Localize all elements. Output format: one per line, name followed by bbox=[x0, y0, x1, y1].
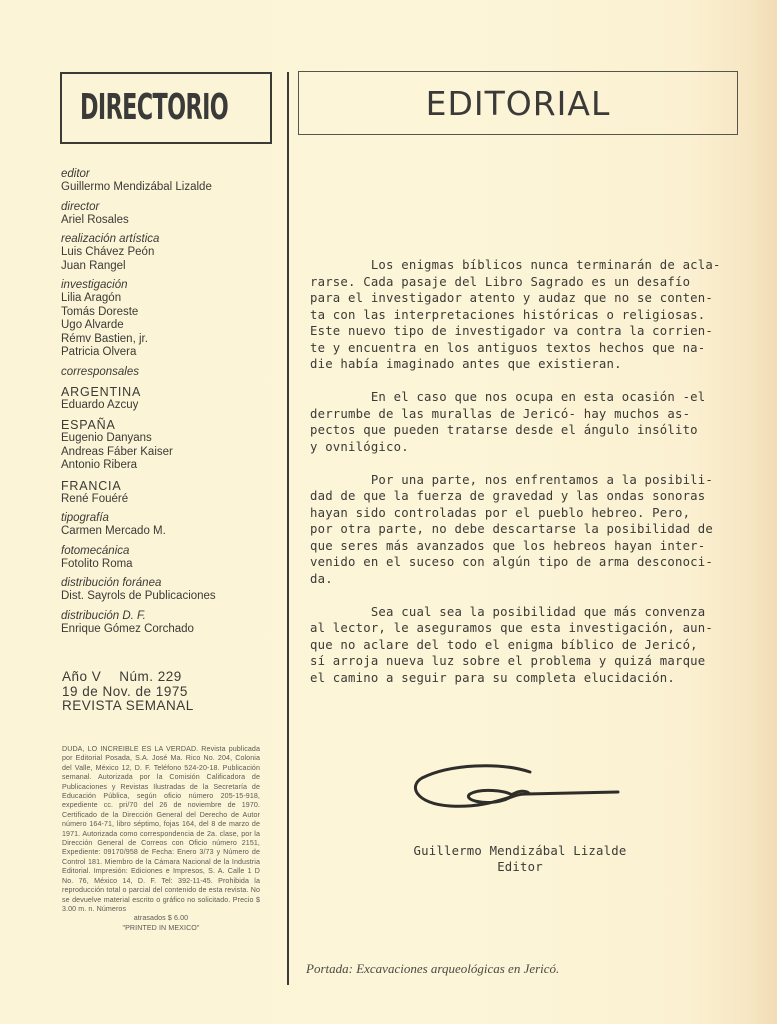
legal-notice: DUDA, LO INCREIBLE ES LA VERDAD. Revista… bbox=[62, 745, 260, 933]
signatory: Guillermo Mendizábal Lizalde Editor bbox=[400, 843, 640, 875]
directory-person: Antonio Ribera bbox=[61, 459, 286, 473]
directory-country: ESPAÑA bbox=[61, 418, 286, 432]
text-line: rarse. Cada pasaje del Libro Sagrado es … bbox=[310, 274, 750, 291]
directory-role: distribución D. F. bbox=[61, 610, 286, 623]
text-line: Por una parte, nos enfrentamos a la posi… bbox=[310, 472, 750, 489]
signatory-name: Guillermo Mendizábal Lizalde bbox=[400, 843, 640, 859]
text-line: al lector, le aseguramos que esta invest… bbox=[310, 620, 750, 637]
text-line: que seres más avanzados que los hebreos … bbox=[310, 538, 750, 555]
directory-group: fotomecánicaFotolito Roma bbox=[61, 545, 286, 572]
directory-group: directorAriel Rosales bbox=[61, 201, 286, 228]
directory-person: Ugo Alvarde bbox=[61, 319, 286, 333]
text-line: por otra parte, no debe descartarse la p… bbox=[310, 521, 750, 538]
directory-person: Fotolito Roma bbox=[61, 558, 286, 572]
directory-group: FRANCIARené Fouéré bbox=[61, 479, 286, 507]
directory-role: director bbox=[61, 201, 286, 214]
text-line: y ovnilógico. bbox=[310, 439, 750, 456]
directory-role: corresponsales bbox=[61, 366, 286, 379]
directory-person: Enrique Gómez Corchado bbox=[61, 623, 286, 637]
editorial-body: Los enigmas bíblicos nunca terminarán de… bbox=[310, 257, 750, 703]
directory-group: editorGuillermo Mendizábal Lizalde bbox=[61, 168, 286, 195]
text-line: sí arroja nueva luz sobre el problema y … bbox=[310, 653, 750, 670]
text-line: te y encuentra en los antiguos textos he… bbox=[310, 340, 750, 357]
directory-list: editorGuillermo Mendizábal Lizaldedirect… bbox=[61, 168, 286, 642]
text-line: Los enigmas bíblicos nunca terminarán de… bbox=[310, 257, 750, 274]
cover-caption: Portada: Excavaciones arqueológicas en J… bbox=[306, 961, 559, 977]
directory-role: tipografía bbox=[61, 512, 286, 525]
signature-icon bbox=[410, 760, 630, 820]
directory-person: Lilia Aragón bbox=[61, 292, 286, 306]
legal-text: DUDA, LO INCREIBLE ES LA VERDAD. Revista… bbox=[62, 745, 260, 914]
directory-person: Luis Chávez Peón bbox=[61, 246, 286, 260]
text-line: para el investigador atento y audaz que … bbox=[310, 290, 750, 307]
directory-role: editor bbox=[61, 168, 286, 181]
directory-person: Andreas Fáber Kaiser bbox=[61, 446, 286, 460]
issue-info: Año VNúm. 229 19 de Nov. de 1975 REVISTA… bbox=[62, 670, 287, 714]
directory-person: Patricia Olvera bbox=[61, 346, 286, 360]
text-line: venido en el suceso con algún tipo de ar… bbox=[310, 554, 750, 571]
issue-year: Año V bbox=[62, 669, 101, 684]
directory-role: realización artística bbox=[61, 233, 286, 246]
directory-person: Eduardo Azcuy bbox=[61, 399, 286, 413]
directory-group: ARGENTINAEduardo Azcuy bbox=[61, 385, 286, 413]
text-line: ta con las interpretaciones históricas o… bbox=[310, 307, 750, 324]
directory-person: Guillermo Mendizábal Lizalde bbox=[61, 181, 286, 195]
printed-in: "PRINTED IN MEXICO" bbox=[62, 924, 260, 933]
directory-role: distribución foránea bbox=[61, 577, 286, 590]
editorial-paragraph: Sea cual sea la posibilidad que más conv… bbox=[310, 604, 750, 687]
issue-number: Núm. 229 bbox=[119, 670, 182, 685]
directory-group: ESPAÑAEugenio DanyansAndreas Fáber Kaise… bbox=[61, 418, 286, 473]
directory-role: fotomecánica bbox=[61, 545, 286, 558]
directory-person: Ariel Rosales bbox=[61, 214, 286, 228]
directory-group: realización artísticaLuis Chávez PeónJua… bbox=[61, 233, 286, 273]
directory-person: Juan Rangel bbox=[61, 260, 286, 274]
directory-person: Eugenio Danyans bbox=[61, 432, 286, 446]
text-line: En el caso que nos ocupa en esta ocasión… bbox=[310, 389, 750, 406]
text-line: hayan sido controladas por el pueblo heb… bbox=[310, 505, 750, 522]
directory-person: Dist. Sayrols de Publicaciones bbox=[61, 590, 286, 604]
directory-person: Rémv Bastien, jr. bbox=[61, 333, 286, 347]
text-line: Este nuevo tipo de investigador va contr… bbox=[310, 323, 750, 340]
directory-country: ARGENTINA bbox=[61, 385, 286, 399]
directory-role: investigación bbox=[61, 279, 286, 292]
directory-person: René Fouéré bbox=[61, 493, 286, 507]
issue-date: 19 de Nov. de 1975 bbox=[62, 685, 287, 700]
directory-person: Tomás Doreste bbox=[61, 306, 286, 320]
directory-title: DIRECTORIO bbox=[80, 88, 228, 128]
directory-group: investigaciónLilia AragónTomás DoresteUg… bbox=[61, 279, 286, 360]
directory-group: corresponsales bbox=[61, 366, 286, 379]
column-divider bbox=[287, 72, 289, 985]
directory-group: tipografíaCarmen Mercado M. bbox=[61, 512, 286, 539]
directory-group: distribución foráneaDist. Sayrols de Pub… bbox=[61, 577, 286, 604]
editorial-paragraph: Los enigmas bíblicos nunca terminarán de… bbox=[310, 257, 750, 373]
signatory-role: Editor bbox=[400, 859, 640, 875]
text-line: pectos que pueden tratarse desde el ángu… bbox=[310, 422, 750, 439]
back-issues-price: atrasados $ 6.00 bbox=[62, 914, 260, 923]
text-line: que no aclare del todo el enigma bíblico… bbox=[310, 637, 750, 654]
text-line: derrumbe de las murallas de Jericó- hay … bbox=[310, 406, 750, 423]
text-line: dad de que la fuerza de gravedad y las o… bbox=[310, 488, 750, 505]
editorial-paragraph: En el caso que nos ocupa en esta ocasión… bbox=[310, 389, 750, 455]
directory-country: FRANCIA bbox=[61, 479, 286, 493]
issue-type: REVISTA SEMANAL bbox=[62, 699, 287, 714]
text-line: die había imaginado antes que existieran… bbox=[310, 356, 750, 373]
editorial-title-box: EDITORIAL bbox=[298, 71, 738, 135]
text-line: da. bbox=[310, 571, 750, 588]
directory-group: distribución D. F.Enrique Gómez Corchado bbox=[61, 610, 286, 637]
editorial-paragraph: Por una parte, nos enfrentamos a la posi… bbox=[310, 472, 750, 588]
text-line: el camino a seguir para su completa eluc… bbox=[310, 670, 750, 687]
directory-title-box: DIRECTORIO bbox=[60, 72, 272, 144]
editorial-title: EDITORIAL bbox=[299, 86, 737, 122]
text-line: Sea cual sea la posibilidad que más conv… bbox=[310, 604, 750, 621]
directory-person: Carmen Mercado M. bbox=[61, 525, 286, 539]
